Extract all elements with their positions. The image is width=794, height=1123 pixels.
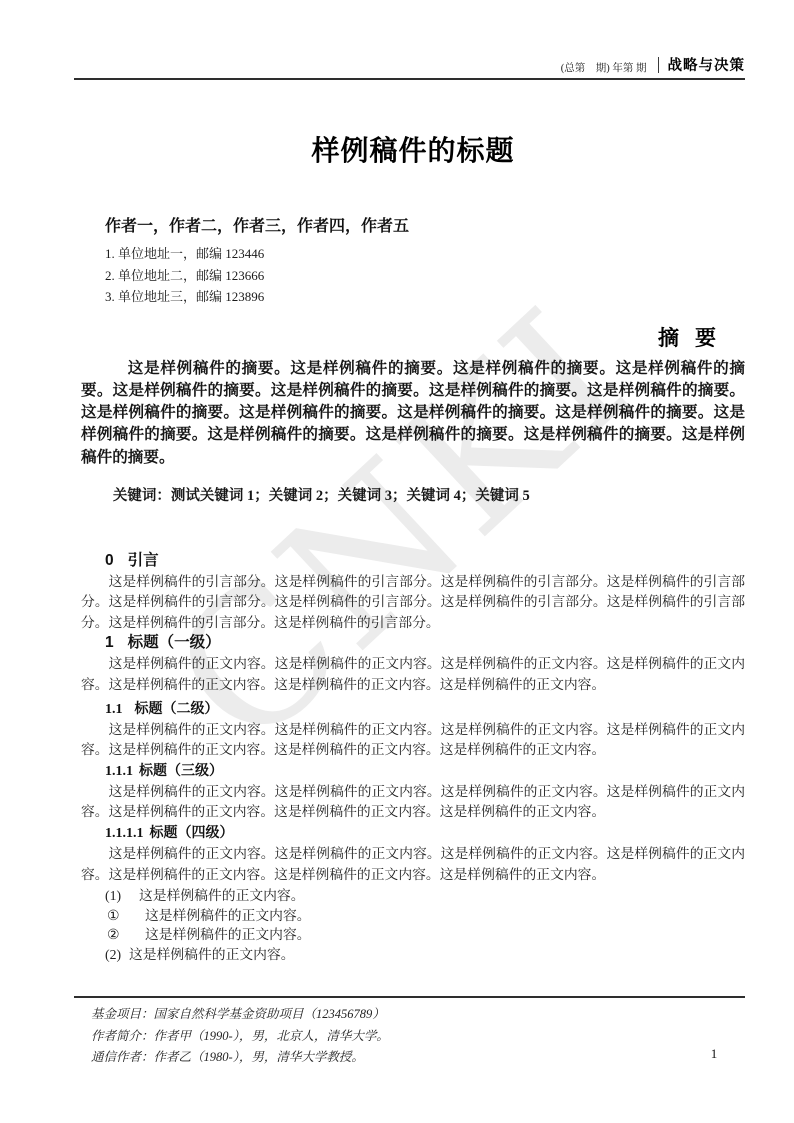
section-title: 引言 (128, 552, 159, 569)
list-marker: ① (105, 906, 145, 926)
abstract-heading: 摘要 (81, 325, 745, 351)
section-paragraph: 这是样例稿件的正文内容。这是样例稿件的正文内容。这是样例稿件的正文内容。这是样例… (81, 654, 745, 695)
section-number: 1.1 (105, 702, 123, 717)
section-heading-1-1-1: 1.1.1标题（三级） (81, 762, 745, 781)
numbered-list: (1)这是样例稿件的正文内容。 ①这是样例稿件的正文内容。 ②这是样例稿件的正文… (81, 886, 745, 964)
list-marker: (2) (105, 945, 129, 965)
section-number: 0 (105, 552, 114, 569)
author-bio-note: 作者简介：作者甲（1990-），男，北京人，清华大学。 (74, 1026, 745, 1048)
section-number: 1.1.1.1 (105, 826, 144, 841)
section-heading-0: 0引言 (81, 551, 745, 571)
section-title: 标题（一级） (128, 634, 221, 651)
affiliation-item: 2. 单位地址二，邮编 123666 (105, 265, 745, 287)
list-text: 这是样例稿件的正文内容。 (145, 908, 311, 923)
footnote-block: 基金项目：国家自然科学基金资助项目（123456789） 作者简介：作者甲（19… (74, 996, 745, 1069)
list-text: 这是样例稿件的正文内容。 (129, 947, 295, 962)
list-marker: ② (105, 925, 145, 945)
journal-name: 战略与决策 (668, 58, 746, 74)
author-line: 作者一，作者二，作者三，作者四，作者五 (81, 217, 745, 237)
section-title: 标题（三级） (139, 764, 223, 779)
issue-info: (总第 期) 年第 期 (561, 63, 647, 74)
header-divider (658, 57, 659, 73)
section-paragraph: 这是样例稿件的正文内容。这是样例稿件的正文内容。这是样例稿件的正文内容。这是样例… (81, 782, 745, 823)
list-text: 这是样例稿件的正文内容。 (139, 888, 305, 903)
abstract-text: 这是样例稿件的摘要。这是样例稿件的摘要。这是样例稿件的摘要。这是样例稿件的摘要。… (81, 358, 745, 469)
affiliation-item: 1. 单位地址一，邮编 123446 (105, 243, 745, 265)
list-item: (1)这是样例稿件的正文内容。 (81, 886, 745, 906)
list-marker: (1) (105, 886, 139, 906)
page-header: (总第 期) 年第 期战略与决策 (74, 54, 745, 80)
fund-project-note: 基金项目：国家自然科学基金资助项目（123456789） (74, 1004, 745, 1026)
section-number: 1.1.1 (105, 764, 133, 779)
corresponding-author-note: 通信作者：作者乙（1980-），男，清华大学教授。 (74, 1047, 745, 1069)
section-paragraph: 这是样例稿件的引言部分。这是样例稿件的引言部分。这是样例稿件的引言部分。这是样例… (81, 572, 745, 634)
list-item: (2)这是样例稿件的正文内容。 (81, 945, 745, 965)
section-heading-1-1: 1.1标题（二级） (81, 700, 745, 719)
manuscript-content: 样例稿件的标题 作者一，作者二，作者三，作者四，作者五 1. 单位地址一，邮编 … (81, 79, 745, 964)
list-item: ①这是样例稿件的正文内容。 (81, 906, 745, 926)
section-title: 标题（四级） (150, 826, 234, 841)
page-number: 1 (702, 1046, 726, 1062)
list-item: ②这是样例稿件的正文内容。 (81, 925, 745, 945)
document-page: CNKI (总第 期) 年第 期战略与决策 样例稿件的标题 作者一，作者二，作者… (0, 0, 794, 1123)
section-heading-1: 1标题（一级） (81, 633, 745, 653)
section-paragraph: 这是样例稿件的正文内容。这是样例稿件的正文内容。这是样例稿件的正文内容。这是样例… (81, 844, 745, 885)
manuscript-title: 样例稿件的标题 (81, 134, 745, 170)
section-title: 标题（二级） (135, 702, 219, 717)
section-heading-1-1-1-1: 1.1.1.1标题（四级） (81, 824, 745, 843)
section-number: 1 (105, 634, 114, 651)
section-paragraph: 这是样例稿件的正文内容。这是样例稿件的正文内容。这是样例稿件的正文内容。这是样例… (81, 720, 745, 761)
affiliation-list: 1. 单位地址一，邮编 123446 2. 单位地址二，邮编 123666 3.… (81, 243, 745, 308)
affiliation-item: 3. 单位地址三，邮编 123896 (105, 286, 745, 308)
list-text: 这是样例稿件的正文内容。 (145, 927, 311, 942)
keywords-line: 关键词：测试关键词 1；关键词 2；关键词 3；关键词 4；关键词 5 (81, 485, 745, 507)
